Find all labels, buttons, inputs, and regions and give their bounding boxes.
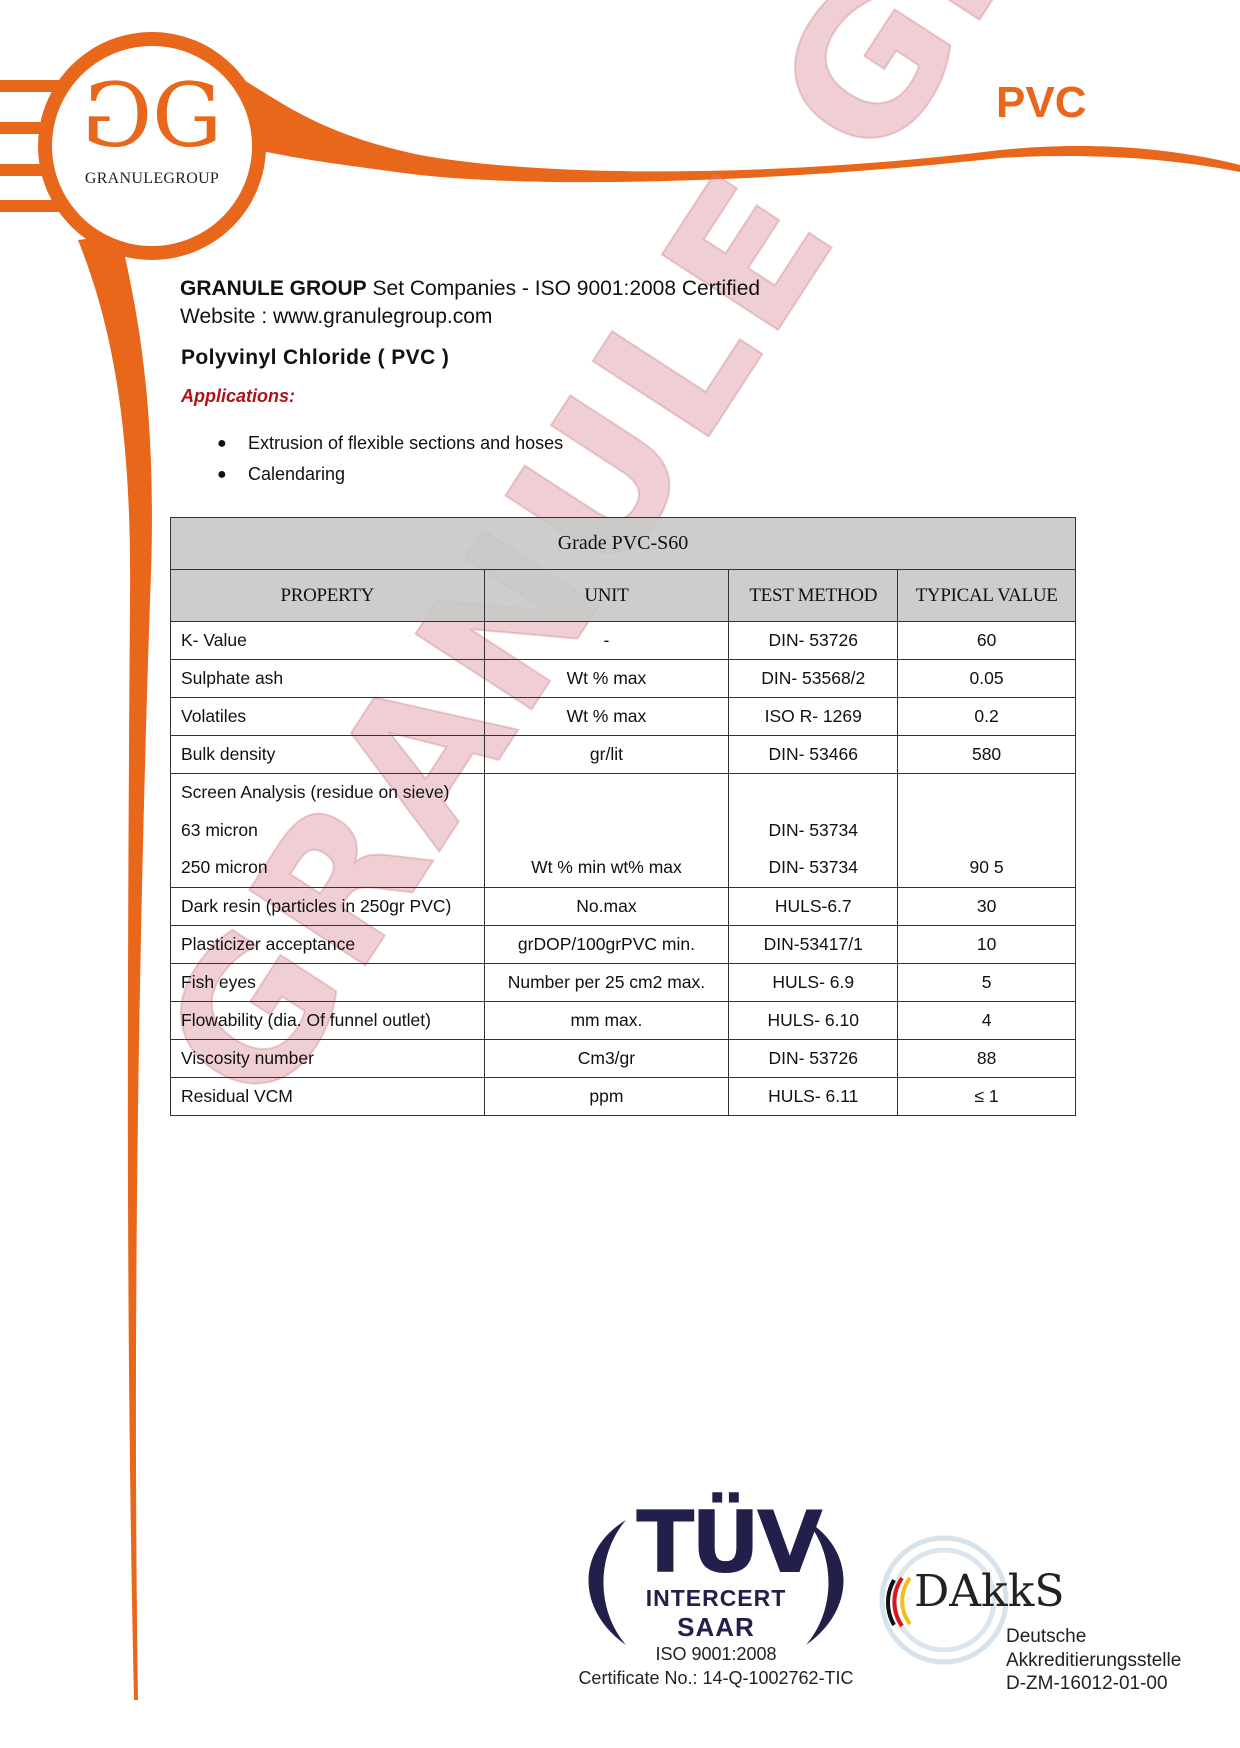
method-cell: HULS-6.7 <box>729 887 898 925</box>
method-cell: HULS- 6.11 <box>729 1077 898 1115</box>
method-cell: DIN- 53726 <box>729 622 898 660</box>
value-cell: 4 <box>898 1001 1076 1039</box>
value-cell: 5 <box>898 963 1076 1001</box>
column-header-test-method: TEST METHOD <box>729 570 898 622</box>
logo-text: GRANULEGROUP <box>60 170 244 188</box>
table-row: Fish eyesNumber per 25 cm2 max.HULS- 6.9… <box>171 963 1076 1001</box>
product-title: Polyvinyl Chloride ( PVC ) <box>181 346 449 370</box>
value-cell: ≤ 1 <box>898 1077 1076 1115</box>
dakks-accreditation-badge: DAkkS Deutsche Akkreditierungsstelle D-Z… <box>874 1530 1214 1710</box>
property-cell: Viscosity number <box>171 1039 485 1077</box>
method-cell: HULS- 6.10 <box>729 1001 898 1039</box>
property-cell: Residual VCM <box>171 1077 485 1115</box>
column-header-unit: UNIT <box>484 570 729 622</box>
table-row: Residual VCMppmHULS- 6.11≤ 1 <box>171 1077 1076 1115</box>
method-cell: DIN- 53568/2 <box>729 660 898 698</box>
tuv-mark: TÜV <box>636 1500 796 1586</box>
bullet-icon: ● <box>217 428 227 459</box>
value-cell: 580 <box>898 736 1076 774</box>
unit-cell: gr/lit <box>484 736 729 774</box>
logo-mark-icon: GG <box>62 72 242 160</box>
value-cell: 10 <box>898 925 1076 963</box>
value-cell: 90 5 <box>898 774 1076 888</box>
unit-cell: grDOP/100grPVC min. <box>484 925 729 963</box>
property-cell: Flowability (dia. Of funnel outlet) <box>171 1001 485 1039</box>
property-cell: Screen Analysis (residue on sieve)63 mic… <box>171 774 485 888</box>
unit-cell: Cm3/gr <box>484 1039 729 1077</box>
grade-title: Grade PVC-S60 <box>171 518 1076 570</box>
list-item: ●Calendaring <box>181 459 563 490</box>
unit-cell: Wt % max <box>484 698 729 736</box>
tuv-standard: ISO 9001:2008 <box>566 1644 866 1665</box>
table-row: Plasticizer acceptancegrDOP/100grPVC min… <box>171 925 1076 963</box>
method-cell: DIN- 53734DIN- 53734 <box>729 774 898 888</box>
property-cell: K- Value <box>171 622 485 660</box>
value-cell: 60 <box>898 622 1076 660</box>
bullet-icon: ● <box>217 459 227 490</box>
column-header-typical-value: TYPICAL VALUE <box>898 570 1076 622</box>
property-cell: Volatiles <box>171 698 485 736</box>
unit-cell: Wt % max <box>484 660 729 698</box>
spec-table: Grade PVC-S60 PROPERTY UNIT TEST METHOD … <box>170 517 1076 1116</box>
unit-cell: - <box>484 622 729 660</box>
table-row-screen-analysis: Screen Analysis (residue on sieve)63 mic… <box>171 774 1076 888</box>
property-cell: Dark resin (particles in 250gr PVC) <box>171 887 485 925</box>
applications-label: Applications: <box>181 386 295 407</box>
tuv-intercert: INTERCERT <box>626 1585 806 1612</box>
applications-list: ●Extrusion of flexible sections and hose… <box>181 428 563 490</box>
table-row: Sulphate ashWt % maxDIN- 53568/20.05 <box>171 660 1076 698</box>
property-cell: Fish eyes <box>171 963 485 1001</box>
unit-cell: Number per 25 cm2 max. <box>484 963 729 1001</box>
table-row: Dark resin (particles in 250gr PVC)No.ma… <box>171 887 1076 925</box>
table-row: VolatilesWt % maxISO R- 12690.2 <box>171 698 1076 736</box>
property-cell: Bulk density <box>171 736 485 774</box>
list-item: ●Extrusion of flexible sections and hose… <box>181 428 563 459</box>
property-cell: Plasticizer acceptance <box>171 925 485 963</box>
tuv-saar: SAAR <box>626 1612 806 1643</box>
tuv-certificate-number: Certificate No.: 14-Q-1002762-TIC <box>536 1668 896 1689</box>
dakks-line-2: Akkreditierungsstelle <box>1006 1650 1181 1672</box>
dakks-line-1: Deutsche <box>1006 1626 1086 1648</box>
document-tag: PVC <box>996 78 1086 128</box>
company-certification: Set Companies - ISO 9001:2008 Certified <box>367 277 760 300</box>
method-cell: DIN- 53466 <box>729 736 898 774</box>
website-link[interactable]: Website : www.granulegroup.com <box>180 305 492 329</box>
dakks-mark: DAkkS <box>914 1566 1065 1617</box>
table-row: Bulk densitygr/litDIN- 53466580 <box>171 736 1076 774</box>
unit-cell: No.max <box>484 887 729 925</box>
property-cell: Sulphate ash <box>171 660 485 698</box>
unit-cell: mm max. <box>484 1001 729 1039</box>
company-name: GRANULE GROUP <box>180 277 367 300</box>
method-cell: ISO R- 1269 <box>729 698 898 736</box>
method-cell: DIN-53417/1 <box>729 925 898 963</box>
method-cell: DIN- 53726 <box>729 1039 898 1077</box>
unit-cell: Wt % min wt% max <box>484 774 729 888</box>
dakks-code: D-ZM-16012-01-00 <box>1006 1673 1168 1695</box>
value-cell: 0.2 <box>898 698 1076 736</box>
value-cell: 88 <box>898 1039 1076 1077</box>
table-row: K- Value-DIN- 5372660 <box>171 622 1076 660</box>
unit-cell: ppm <box>484 1077 729 1115</box>
value-cell: 30 <box>898 887 1076 925</box>
value-cell: 0.05 <box>898 660 1076 698</box>
tuv-certification-badge: TÜV INTERCERT SAAR ISO 9001:2008 Certifi… <box>566 1500 866 1710</box>
table-row: Viscosity numberCm3/grDIN- 5372688 <box>171 1039 1076 1077</box>
method-cell: HULS- 6.9 <box>729 963 898 1001</box>
company-line: GRANULE GROUP Set Companies - ISO 9001:2… <box>180 277 760 301</box>
table-row: Flowability (dia. Of funnel outlet)mm ma… <box>171 1001 1076 1039</box>
column-header-property: PROPERTY <box>171 570 485 622</box>
